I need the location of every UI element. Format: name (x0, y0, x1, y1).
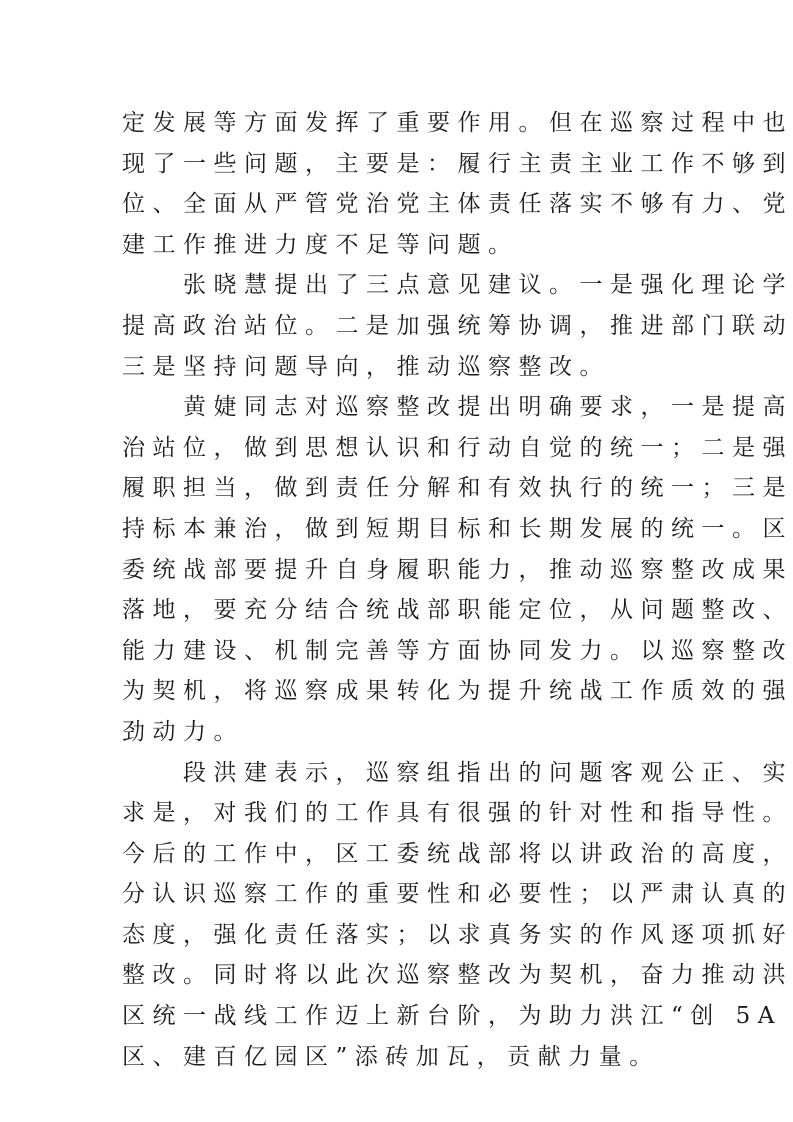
text-line: 为契机，将巡察成果转化为提升统战工作质效的强 (122, 671, 682, 712)
text-line: 提高政治站位。二是加强统筹协调，推进部门联动。 (122, 306, 682, 347)
text-line: 三是坚持问题导向，推动巡察整改。 (122, 347, 682, 388)
text-line: 张晓慧提出了三点意见建议。一是强化理论学习， (122, 265, 682, 306)
paragraph-3: 黄婕同志对巡察整改提出明确要求，一是提高政 治站位，做到思想认识和行动自觉的统一… (122, 387, 682, 752)
text-line: 分认识巡察工作的重要性和必要性；以严肃认真的 (122, 874, 682, 915)
text-line: 现了一些问题，主要是：履行主责主业工作不够到 (122, 144, 682, 185)
text-line: 治站位，做到思想认识和行动自觉的统一；二是强化 (122, 428, 682, 469)
text-line: 能力建设、机制完善等方面协同发力。以巡察整改 (122, 631, 682, 672)
text-line: 求是，对我们的工作具有很强的针对性和指导性。在 (122, 793, 682, 834)
text-line: 段洪建表示，巡察组指出的问题客观公正、实事 (122, 753, 682, 794)
paragraph-4: 段洪建表示，巡察组指出的问题客观公正、实事 求是，对我们的工作具有很强的针对性和… (122, 753, 682, 1078)
document-body: 定发展等方面发挥了重要作用。但在巡察过程中也发 现了一些问题，主要是：履行主责主… (122, 103, 682, 1077)
paragraph-2: 张晓慧提出了三点意见建议。一是强化理论学习， 提高政治站位。二是加强统筹协调，推… (122, 265, 682, 387)
text-line: 区统一战线工作迈上新台阶，为助力洪江“创 5A 景 (122, 996, 682, 1037)
text-line: 态度，强化责任落实；以求真务实的作风逐项抓好 (122, 915, 682, 956)
document-page: 定发展等方面发挥了重要作用。但在巡察过程中也发 现了一些问题，主要是：履行主责主… (0, 0, 793, 1122)
text-line: 持标本兼治，做到短期目标和长期发展的统一。区工 (122, 509, 682, 550)
text-line: 今后的工作中，区工委统战部将以讲政治的高度，充 (122, 834, 682, 875)
text-line: 履职担当，做到责任分解和有效执行的统一；三是坚 (122, 468, 682, 509)
text-line: 委统战部要提升自身履职能力，推动巡察整改成果 (122, 550, 682, 591)
text-line: 落地，要充分结合统战部职能定位，从问题整改、 (122, 590, 682, 631)
text-line: 劲动力。 (122, 712, 682, 753)
text-line: 位、全面从严管党治党主体责任落实不够有力、党 (122, 184, 682, 225)
text-line: 区、建百亿园区”添砖加瓦，贡献力量。 (122, 1037, 682, 1078)
text-line: 整改。同时将以此次巡察整改为契机，奋力推动洪江 (122, 955, 682, 996)
text-line: 定发展等方面发挥了重要作用。但在巡察过程中也发 (122, 103, 682, 144)
text-line: 黄婕同志对巡察整改提出明确要求，一是提高政 (122, 387, 682, 428)
text-line: 建工作推进力度不足等问题。 (122, 225, 682, 266)
paragraph-1: 定发展等方面发挥了重要作用。但在巡察过程中也发 现了一些问题，主要是：履行主责主… (122, 103, 682, 265)
